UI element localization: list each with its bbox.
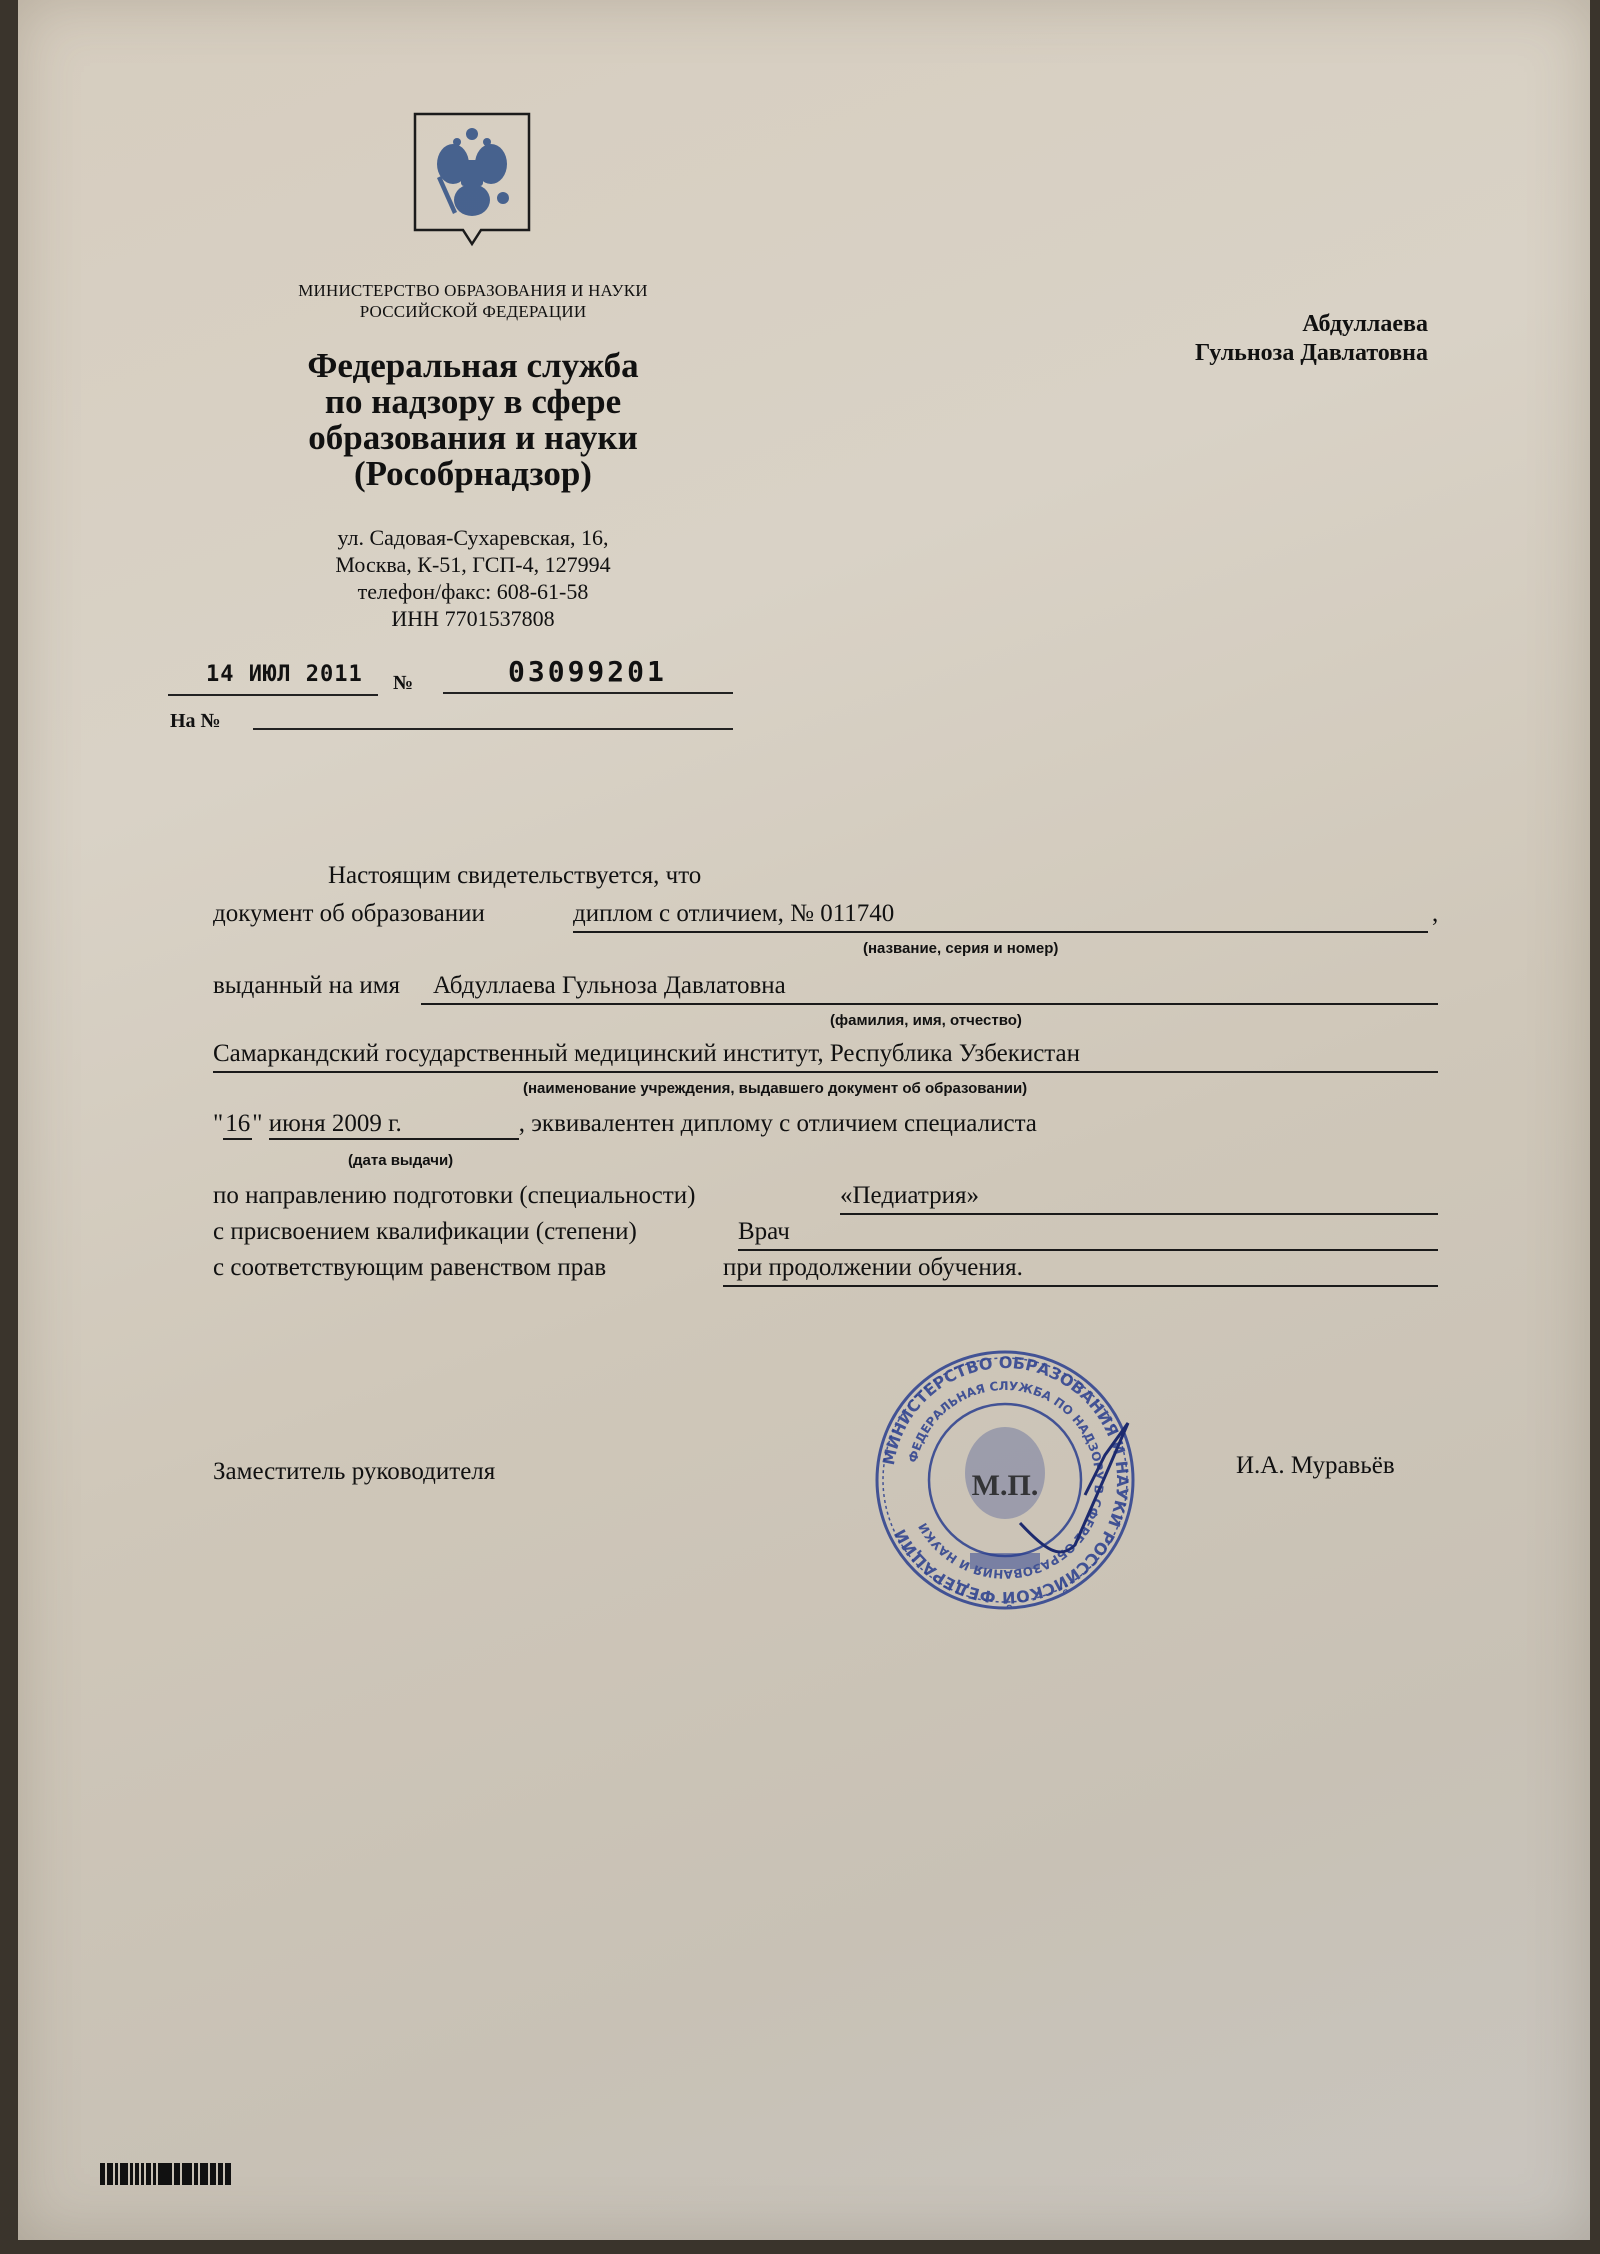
service-name: Федеральная служба по надзору в сфере об…	[238, 348, 708, 492]
intro-text: Настоящим свидетельствуется, что	[328, 862, 701, 890]
rights-value: при продолжении обучения.	[723, 1254, 1023, 1281]
specialty-label: по направлению подготовки (специальности…	[213, 1182, 695, 1210]
reply-number-field	[253, 712, 733, 730]
service-line: Федеральная служба	[238, 348, 708, 384]
registration-number: 03099201	[508, 655, 667, 688]
ministry-line-2: РОССИЙСКОЙ ФЕДЕРАЦИИ	[228, 301, 718, 322]
ministry-line-1: МИНИСТЕРСТВО ОБРАЗОВАНИЯ И НАУКИ	[228, 280, 718, 301]
specialty-field: «Педиатрия»	[840, 1182, 1438, 1215]
issue-date-caption: (дата выдачи)	[348, 1152, 453, 1169]
service-line: образования и науки	[238, 420, 708, 456]
institution-value: Самаркандский государственный медицински…	[213, 1040, 1080, 1067]
official-seal-icon: МИНИСТЕРСТВО ОБРАЗОВАНИЯ И НАУКИ РОССИЙС…	[870, 1345, 1140, 1615]
equivalence-text: , эквивалентен диплому с отличием специа…	[519, 1110, 1037, 1137]
address-block: ул. Садовая-Сухаревская, 16, Москва, К-5…	[258, 524, 688, 632]
rights-label: с соответствующим равенством прав	[213, 1254, 606, 1282]
issue-date-day: 16	[223, 1110, 252, 1140]
service-line: (Рособрнадзор)	[238, 456, 708, 492]
issued-value: Абдуллаева Гульноза Давлатовна	[433, 972, 786, 999]
document-label: документ об образовании	[213, 900, 485, 928]
registration-date-field: 14 ИЮЛ 2011	[168, 660, 378, 696]
document-field: диплом с отличием, № 011740	[573, 900, 1428, 933]
rights-field: при продолжении обучения.	[723, 1254, 1438, 1287]
registration-number-field: 03099201	[443, 655, 733, 694]
comma: ,	[1432, 900, 1438, 928]
reply-number-label: На №	[170, 710, 221, 733]
signer-position: Заместитель руководителя	[213, 1458, 495, 1486]
issue-date-line: "16" июня 2009 г., эквивалентен диплому …	[213, 1110, 1037, 1140]
service-line: по надзору в сфере	[238, 384, 708, 420]
issued-field: Абдуллаева Гульноза Давлатовна	[421, 972, 1438, 1005]
ministry-name: МИНИСТЕРСТВО ОБРАЗОВАНИЯ И НАУКИ РОССИЙС…	[228, 280, 718, 322]
signer-name: И.А. Муравьёв	[1236, 1452, 1395, 1480]
qualification-value: Врач	[738, 1218, 790, 1245]
document-caption: (название, серия и номер)	[863, 940, 1058, 957]
qualification-label: с присвоением квалификации (степени)	[213, 1218, 637, 1246]
document-value: диплом с отличием, № 011740	[573, 900, 894, 927]
issued-label: выданный на имя	[213, 972, 400, 1000]
issue-date-month-year: июня 2009 г.	[269, 1110, 519, 1140]
phone-line: телефон/факс: 608-61-58	[258, 578, 688, 605]
recipient-surname: Абдуллаева	[1195, 310, 1428, 339]
barcode-icon	[100, 2163, 231, 2185]
svg-text:М.П.: М.П.	[972, 1469, 1039, 1502]
document-page: МИНИСТЕРСТВО ОБРАЗОВАНИЯ И НАУКИ РОССИЙС…	[18, 0, 1590, 2240]
address-line: ул. Садовая-Сухаревская, 16,	[258, 524, 688, 551]
recipient-given-names: Гульноза Давлатовна	[1195, 339, 1428, 368]
specialty-value: «Педиатрия»	[840, 1182, 979, 1209]
russian-coat-of-arms-icon	[413, 112, 531, 250]
institution-caption: (наименование учреждения, выдавшего доку…	[523, 1080, 1027, 1097]
inn-line: ИНН 7701537808	[258, 605, 688, 632]
qualification-field: Врач	[738, 1218, 1438, 1251]
registration-date: 14 ИЮЛ 2011	[206, 662, 363, 687]
recipient-block: Абдуллаева Гульноза Давлатовна	[1195, 310, 1428, 368]
institution-field: Самаркандский государственный медицински…	[213, 1040, 1438, 1073]
address-line: Москва, К-51, ГСП-4, 127994	[258, 551, 688, 578]
number-label: №	[393, 672, 413, 695]
issued-caption: (фамилия, имя, отчество)	[830, 1012, 1022, 1029]
